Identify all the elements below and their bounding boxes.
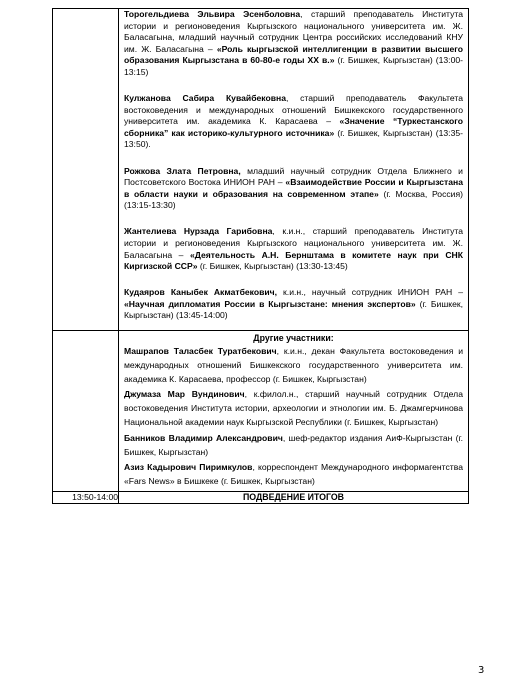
- participant-entry: Машрапов Таласбек Туратбекович, к.и.н., …: [124, 345, 463, 386]
- participant-entry: Азиз Кадырович Пиримкулов, корреспондент…: [124, 461, 463, 489]
- speaker-name: Жантелиева Нурзада Гарибовна: [124, 226, 272, 236]
- participant-name: Азиз Кадырович Пиримкулов: [124, 462, 252, 472]
- speaker-name: Торогельдиева Эльвира Эсенболовна: [124, 9, 300, 19]
- participant-name: Машрапов Таласбек Туратбекович: [124, 346, 277, 356]
- talk-title: «Научная дипломатия России в Кыргызстане…: [124, 299, 416, 309]
- speaker-name: Рожкова Злата Петровна,: [124, 166, 241, 176]
- other-participants-cell: Другие участники: Машрапов Таласбек Тура…: [119, 331, 469, 492]
- page-number: 3: [478, 665, 484, 676]
- participant-entry: Джумаза Мар Вундинович, к.филол.н., стар…: [124, 388, 463, 429]
- speakers-cell: Торогельдиева Эльвира Эсенболовна, старш…: [119, 9, 469, 331]
- summary-row: 13:50-14:00 ПОДВЕДЕНИЕ ИТОГОВ: [53, 491, 469, 503]
- speakers-row: Торогельдиева Эльвира Эсенболовна, старш…: [53, 9, 469, 331]
- time-cell-empty: [53, 331, 119, 492]
- time-cell-empty: [53, 9, 119, 331]
- speaker-entry: Жантелиева Нурзада Гарибовна, к.и.н., ст…: [124, 226, 463, 272]
- participant-name: Банников Владимир Александрович: [124, 433, 283, 443]
- speaker-entry: Торогельдиева Эльвира Эсенболовна, старш…: [124, 9, 463, 79]
- other-participants-row: Другие участники: Машрапов Таласбек Тура…: [53, 331, 469, 492]
- participant-name: Джумаза Мар Вундинович: [124, 389, 245, 399]
- program-table: Торогельдиева Эльвира Эсенболовна, старш…: [52, 8, 469, 504]
- speaker-name: Кудаяров Каныбек Акматбекович,: [124, 287, 277, 297]
- participant-entry: Банников Владимир Александрович, шеф-ред…: [124, 432, 463, 460]
- speaker-entry: Кулжанова Сабира Кувайбековна, старший п…: [124, 93, 463, 151]
- other-participants-heading: Другие участники:: [124, 332, 463, 344]
- speaker-name: Кулжанова Сабира Кувайбековна: [124, 93, 286, 103]
- summary-label: ПОДВЕДЕНИЕ ИТОГОВ: [119, 491, 469, 503]
- speaker-affiliation: к.и.н., научный сотрудник ИНИОН РАН –: [277, 287, 463, 297]
- speaker-location-time: (г. Бишкек, Кыргызстан) (13:30-13:45): [198, 261, 348, 271]
- speaker-entry: Кудаяров Каныбек Акматбекович, к.и.н., н…: [124, 287, 463, 322]
- speaker-entry: Рожкова Злата Петровна, младший научный …: [124, 166, 463, 212]
- summary-time: 13:50-14:00: [53, 491, 119, 503]
